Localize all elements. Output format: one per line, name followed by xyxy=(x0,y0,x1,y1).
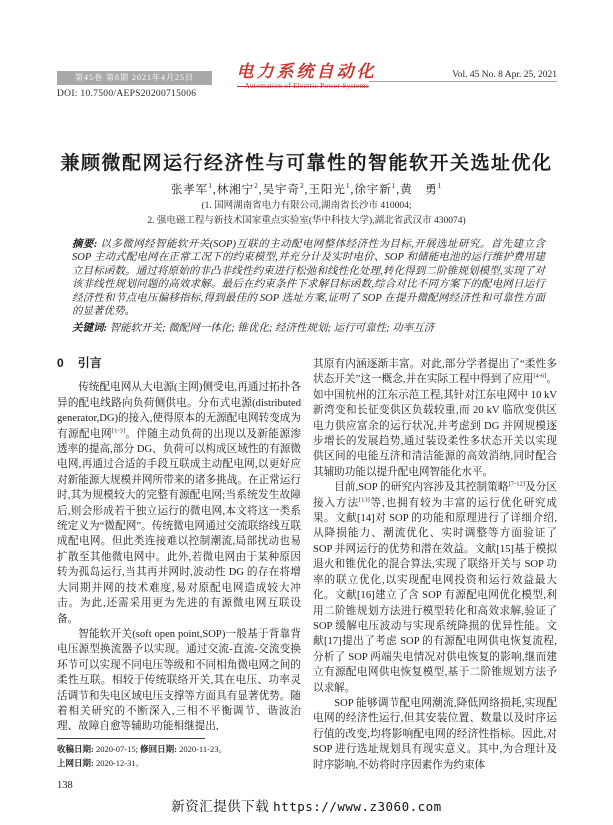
download-watermark: 新资汇提供下载 https://www.z3060.com xyxy=(0,795,613,815)
page-title: 兼顾微配网运行经济性与可靠性的智能软开关选址优化 xyxy=(30,148,583,175)
affiliation-line: 2. 强电磁工程与新技术国家重点实验室(华中科技大学),湖北省武汉市 43007… xyxy=(0,214,613,229)
footnote-line: 收稿日期: 2020-07-15; 修回日期: 2020-11-23。 xyxy=(57,743,301,757)
left-column-text: 传统配电网从大电源(主网)侧受电,再通过拓扑各异的配电线路向负荷侧供电。分布式电… xyxy=(57,380,301,734)
affiliation-line: (1. 国网湖南省电力有限公司,湖南省长沙市 410004; xyxy=(0,199,613,214)
paper-page: 第45卷 第8期 2021年4月25日 DOI: 10.7500/AEPS202… xyxy=(0,0,613,825)
author: 王阳光1 xyxy=(308,184,350,196)
body-paragraph: 其原有内涵逐渐丰富。对此,部分学者提出了“柔性多状态开关”这一概念,并在实际工程… xyxy=(313,357,557,480)
author: 吴宇奇2 xyxy=(263,184,305,196)
abstract-block: 摘要: 以多微网经智能软开关(SOP)互联的主动配电网整体经济性为目标,开展选址… xyxy=(72,238,545,336)
author-line: 张孝军1,林湘宁2,吴宇奇2,王阳光1,徐宇新1,黄 勇1 xyxy=(0,181,613,197)
body-paragraph: SOP 能够调节配电网潮流,降低网络损耗,实现配电网的经济性运行,但其安装位置、… xyxy=(313,696,557,769)
section-heading: 0引言 xyxy=(57,356,301,371)
volume-info: Vol. 45 No. 8 Apr. 25, 2021 xyxy=(452,70,557,80)
author: 黄 勇1 xyxy=(400,184,442,196)
footnote-lines: 收稿日期: 2020-07-15; 修回日期: 2020-11-23。上网日期:… xyxy=(57,743,301,770)
doi-text: DOI: 10.7500/AEPS20200715006 xyxy=(57,89,196,99)
watermark-url-link[interactable]: https://www.z3060.com xyxy=(273,799,442,814)
abstract-text: 以多微网经智能软开关(SOP)互联的主动配电网整体经济性为目标,开展选址研究。首… xyxy=(72,239,545,317)
author: 林湘宁2 xyxy=(217,184,259,196)
keywords-line: 关键词: 智能软开关; 微配网一体化; 锥优化; 经济性规划; 运行可靠性; 功… xyxy=(72,322,545,335)
left-column: 0引言 传统配电网从大电源(主网)侧受电,再通过拓扑各异的配电线路向负荷侧供电。… xyxy=(57,356,301,736)
author: 徐宇新1 xyxy=(354,184,396,196)
affiliation-block: (1. 国网湖南省电力有限公司,湖南省长沙市 410004;2. 强电磁工程与新… xyxy=(0,199,613,229)
page-number: 138 xyxy=(57,780,73,791)
footnote-block: 收稿日期: 2020-07-15; 修回日期: 2020-11-23。上网日期:… xyxy=(57,738,301,770)
body-paragraph: 智能软开关(soft open point,SOP)一般基于背靠背电压源型换流器… xyxy=(57,627,301,735)
body-paragraph: 传统配电网从大电源(主网)侧受电,再通过拓扑各异的配电线路向负荷侧供电。分布式电… xyxy=(57,380,301,627)
keywords-text: 智能软开关; 微配网一体化; 锥优化; 经济性规划; 运行可靠性; 功率互济 xyxy=(110,323,435,334)
abstract-paragraph: 摘要: 以多微网经智能软开关(SOP)互联的主动配电网整体经济性为目标,开展选址… xyxy=(72,238,545,318)
footnote-line: 上网日期: 2020-12-31。 xyxy=(57,757,301,771)
journal-name-en: Automation of Electric Power Systems xyxy=(0,81,613,90)
author: 张孝军1 xyxy=(171,184,213,196)
body-paragraph: 目前,SOP 的研究内容涉及其控制策略[7-12]及分区接入方法[13]等,也拥… xyxy=(313,480,557,696)
right-column: 其原有内涵逐渐丰富。对此,部分学者提出了“柔性多状态开关”这一概念,并在实际工程… xyxy=(313,357,557,769)
section-title: 引言 xyxy=(78,356,102,370)
abstract-label: 摘要: xyxy=(72,239,100,250)
keywords-label: 关键词: xyxy=(72,323,110,334)
section-number: 0 xyxy=(57,356,64,370)
watermark-text: 新资汇提供下载 xyxy=(171,799,273,814)
footnote-rule xyxy=(57,738,205,739)
right-column-text: 其原有内涵逐渐丰富。对此,部分学者提出了“柔性多状态开关”这一概念,并在实际工程… xyxy=(313,357,557,769)
